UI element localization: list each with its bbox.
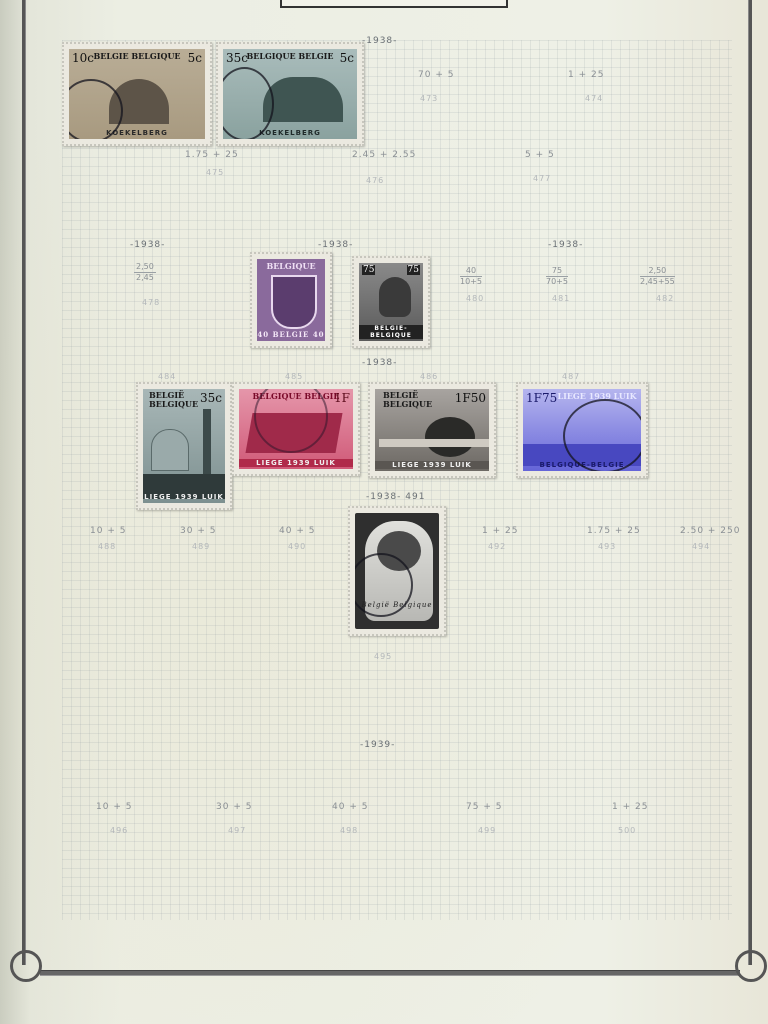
slot-face-value: 2.45 + 2.55	[352, 150, 416, 160]
stamp-header: BELGIE BELGIQUE	[69, 51, 205, 61]
tower-illustration	[203, 409, 211, 479]
fraction-note: 2,50 2,45	[134, 262, 156, 283]
album-page: -1938- 10c BELGIE BELGIQUE 5c KOEKELBERG…	[0, 0, 768, 1024]
stamp-header: BELGIË BELGIQUE	[149, 391, 199, 409]
slot-catalog-number: 485	[285, 372, 303, 381]
stamp-value: 40	[257, 330, 269, 339]
stamp-footer: LIEGE 1939 LUIK	[143, 493, 225, 501]
year-label: -1938-	[362, 358, 397, 368]
dome-illustration	[151, 429, 189, 471]
basilica-illustration	[263, 77, 343, 122]
stamp-liege-1f75[interactable]: 1F75 LIEGE 1939 LUIK BELGIQUE-BELGIE	[516, 382, 648, 478]
slot-catalog-number: 498	[340, 826, 358, 835]
slot-catalog-number: 486	[420, 372, 438, 381]
slot-face-value: 1 + 25	[612, 802, 648, 812]
fraction-bottom: 2,45+55	[640, 277, 675, 286]
stamp-surcharge: 5c	[188, 51, 202, 65]
slot-catalog-number: 475	[206, 168, 224, 177]
fraction-top: 40	[460, 266, 482, 277]
slot-catalog-number: 487	[562, 372, 580, 381]
fraction-note: 40 10+5	[460, 266, 482, 287]
stamp-footer: LIEGE 1939 LUIK	[239, 459, 353, 467]
stamp-surcharge: 5c	[340, 51, 354, 65]
slot-face-value: 75 + 5	[466, 802, 502, 812]
portrait-illustration	[379, 277, 411, 317]
stamp-value: 75	[362, 265, 375, 275]
stamp-header: BELGIQUE BELGIE	[223, 51, 357, 61]
slot-catalog-number: 476	[366, 176, 384, 185]
slot-face-value: 70 + 5	[418, 70, 454, 80]
year-label: -1938-	[318, 240, 353, 250]
postmark	[223, 67, 274, 139]
slot-catalog-number: 480	[466, 294, 484, 303]
slot-catalog-number: 493	[598, 542, 616, 551]
fraction-top: 75	[546, 266, 568, 277]
stamp-value: 1F	[334, 391, 350, 405]
decorative-border-bottom	[40, 970, 740, 976]
slot-face-value: 1 + 25	[482, 526, 518, 536]
slot-catalog-number: 481	[552, 294, 570, 303]
slot-face-value: 1.75 + 25	[587, 526, 641, 536]
slot-face-value: 40 + 5	[279, 526, 315, 536]
slot-catalog-number: 497	[228, 826, 246, 835]
slot-catalog-number: 488	[98, 542, 116, 551]
stamp-liege-35c[interactable]: BELGIË BELGIQUE 35c LIEGE 1939 LUIK	[136, 382, 232, 510]
slot-catalog-number: 492	[488, 542, 506, 551]
slot-face-value: 2.50 + 250	[680, 526, 740, 536]
fraction-top: 2,50	[640, 266, 675, 277]
stamp-value: 40	[313, 330, 325, 339]
ornament-corner-icon	[10, 950, 42, 982]
stamp-header: BELGIQUE	[257, 261, 325, 271]
fraction-bottom: 10+5	[460, 277, 482, 286]
year-label: -1938- 491	[366, 492, 425, 502]
slot-catalog-number: 500	[618, 826, 636, 835]
stamp-value: 75	[407, 265, 420, 275]
slot-face-value: 30 + 5	[216, 802, 252, 812]
slot-catalog-number: 474	[585, 94, 603, 103]
stamp-footer: LIEGE 1939 LUIK	[375, 461, 489, 469]
slot-catalog-number: 477	[533, 174, 551, 183]
slot-catalog-number: 489	[192, 542, 210, 551]
slot-catalog-number: 478	[142, 298, 160, 307]
slot-face-value: 10 + 5	[90, 526, 126, 536]
year-label: -1938-	[130, 240, 165, 250]
slot-catalog-number: 473	[420, 94, 438, 103]
tree-illustration	[425, 417, 475, 457]
fraction-bottom: 70+5	[546, 277, 568, 286]
year-label: -1938-	[548, 240, 583, 250]
stamp-koekelberg-10c[interactable]: 10c BELGIE BELGIQUE 5c KOEKELBERG	[62, 42, 212, 146]
year-label: -1938-	[362, 36, 397, 46]
slot-face-value: 5 + 5	[525, 150, 555, 160]
slot-face-value: 10 + 5	[96, 802, 132, 812]
slot-catalog-number: 482	[656, 294, 674, 303]
stamp-liege-1f[interactable]: BELGIQUE BELGIE 1F LIEGE 1939 LUIK	[232, 382, 360, 476]
slot-face-value: 40 + 5	[332, 802, 368, 812]
slot-catalog-number: 496	[110, 826, 128, 835]
stamp-footer: 40 BELGIE 40	[257, 330, 325, 339]
slot-face-value: 30 + 5	[180, 526, 216, 536]
stamp-princess-josephine-charlotte[interactable]: België Belgique	[348, 506, 446, 636]
postmark	[563, 399, 641, 471]
slot-catalog-number: 499	[478, 826, 496, 835]
ornament-corner-icon	[735, 950, 767, 982]
slot-face-value: 1.75 + 25	[185, 150, 239, 160]
stamp-country: BELGIE	[273, 330, 310, 339]
stamp-koekelberg-35c[interactable]: 35c BELGIQUE BELGIE 5c KOEKELBERG	[216, 42, 364, 146]
stamp-header: BELGIË BELGIQUE	[383, 391, 443, 409]
decorative-border-right	[748, 0, 752, 965]
slot-catalog-number: 494	[692, 542, 710, 551]
slot-face-value: 1 + 25	[568, 70, 604, 80]
coat-of-arms-illustration	[271, 275, 317, 329]
river-illustration	[379, 439, 489, 447]
stamp-king-leopold-75[interactable]: 75 75 BELGIE-BELGIQUE	[352, 256, 430, 348]
postmark	[69, 79, 123, 139]
slot-catalog-number: 490	[288, 542, 306, 551]
title-box	[280, 0, 508, 8]
fraction-note: 75 70+5	[546, 266, 568, 287]
fraction-bottom: 2,45	[136, 273, 154, 282]
slot-catalog-number: 484	[158, 372, 176, 381]
slot-catalog-number: 495	[374, 652, 392, 661]
stamp-coat-of-arms-40[interactable]: BELGIQUE 40 BELGIE 40	[250, 252, 332, 348]
year-label: -1939-	[360, 740, 395, 750]
decorative-border-left	[22, 0, 26, 965]
stamp-value: 1F50	[455, 391, 486, 405]
stamp-value: 35c	[200, 391, 222, 405]
fraction-top: 2,50	[134, 262, 156, 273]
stamp-footer: BELGIE-BELGIQUE	[359, 325, 423, 339]
fraction-note: 2,50 2,45+55	[640, 266, 675, 287]
stamp-liege-1f50[interactable]: BELGIË BELGIQUE 1F50 LIEGE 1939 LUIK	[368, 382, 496, 478]
